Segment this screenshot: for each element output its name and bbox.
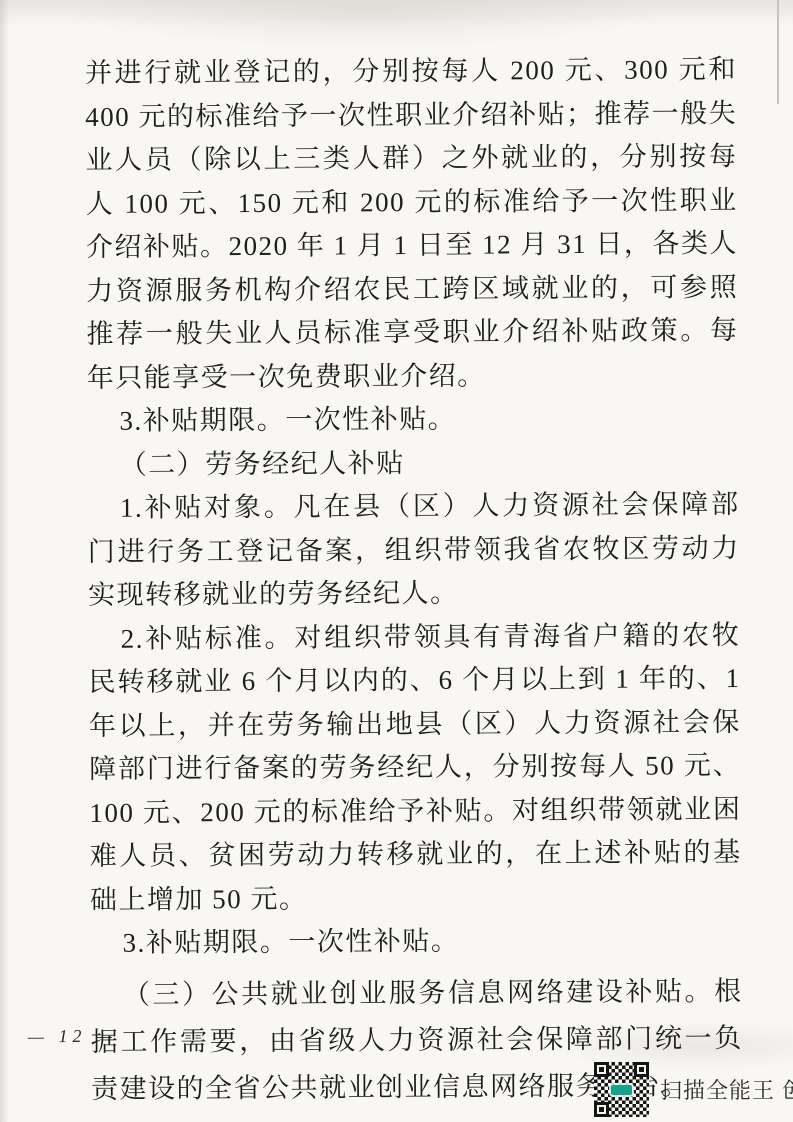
watermark-label: 扫描全能王 创建 (660, 1074, 793, 1105)
scan-artifact-line (777, 0, 779, 104)
qr-finder-top-left (594, 1062, 609, 1077)
paragraph-subsidy-target: 1.补贴对象。凡在县（区）人力资源社会保障部门进行务工登记备案，组织带领我省农牧… (87, 483, 740, 617)
document-body: 并进行就业登记的，分别按每人 200 元、300 元和 400 元的标准给予一次… (85, 48, 743, 1112)
paragraph-subsidy-standard: 2.补贴标准。对组织带领具有青海省户籍的农牧民转移就业 6 个月以内的、6 个月… (88, 614, 742, 922)
page-number: — 12 — (28, 1026, 117, 1048)
qr-finder-bottom-left (594, 1102, 609, 1117)
scanned-document-page: 并进行就业登记的，分别按每人 200 元、300 元和 400 元的标准给予一次… (0, 0, 793, 1122)
camscanner-watermark: 扫描全能王 创建 (594, 1062, 793, 1117)
paragraph-subsidy-term-2: 3.补贴期限。一次性补贴。 (90, 918, 742, 965)
qr-finder-top-right (634, 1062, 649, 1077)
paragraph-subsidy-term-1: 3.补贴期限。一次性补贴。 (87, 396, 739, 443)
paragraph-job-intro-subsidy-continuation: 并进行就业登记的，分别按每人 200 元、300 元和 400 元的标准给予一次… (85, 48, 739, 400)
heading-labor-broker-subsidy: （二）劳务经纪人补贴 (87, 440, 739, 487)
qr-logo-accent (611, 1085, 632, 1095)
qr-code-icon (594, 1062, 649, 1117)
